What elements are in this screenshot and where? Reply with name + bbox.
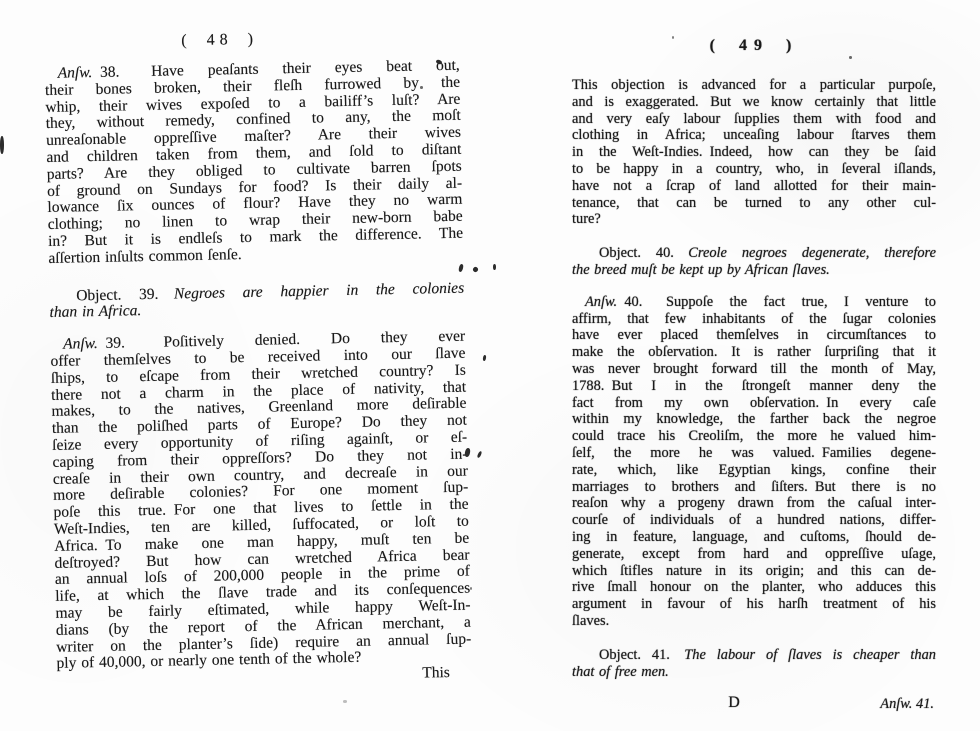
page-number-right: ( 49 ): [572, 38, 936, 58]
text-line: reaſon why a progeny drawn from the caſu…: [572, 495, 936, 512]
text-line: courſe of individuals of a hundred natio…: [572, 512, 936, 529]
text-line: have not a ſcrap of land allotted for th…: [572, 178, 936, 195]
signature-line: DAnſw. 41.: [572, 695, 936, 712]
text-line: ing in feature, language, and cuſtoms, ſ…: [572, 529, 936, 546]
page-48: ( 48 ) Anſw. 38. Have peaſants their eye…: [44, 28, 472, 690]
text-line: which ſtifles nature in its origin; and …: [572, 563, 936, 580]
book-scan: ( 48 ) Anſw. 38. Have peaſants their eye…: [0, 0, 980, 731]
text-line: could trace his Creoliſm, the more he va…: [572, 428, 936, 445]
text-line: ſlaves.: [572, 613, 936, 630]
text-line: Anſw. 40. Suppoſe the fact true, I ventu…: [572, 294, 936, 311]
text-line: 1788. But I in the ſtrongeſt manner deny…: [572, 378, 936, 395]
ink-speck: [672, 36, 674, 39]
page-number-left: ( 48 ): [12, 28, 427, 56]
objection-41: Object. 41. The labour of ſlaves is chea…: [572, 647, 936, 681]
text-line: ſelf, the more he was valued. Families d…: [572, 445, 936, 462]
ink-speck: [464, 448, 471, 458]
text-line: argument in favour of his harſh treatmen…: [572, 596, 936, 613]
text-line: and is exaggerated. But we know certainl…: [572, 94, 936, 111]
ink-speck: [849, 56, 852, 59]
objection-40: Object. 40. Creole negroes degenerate, t…: [572, 245, 936, 279]
text-line: generate, except from hard and oppreſſiv…: [572, 546, 936, 563]
text-line: fact from my own obſervation. In every c…: [572, 395, 936, 412]
ink-speck: [483, 355, 487, 361]
text-line: ture?: [572, 211, 936, 228]
text-line: rate, which, like Egyptian kings, confin…: [572, 462, 936, 479]
ink-speck: [472, 266, 479, 273]
answer-39: Anſw. 39. Poſitively denied. Do they eve…: [50, 329, 472, 673]
text-line: the breed muſt be kept up by African ſla…: [572, 262, 936, 279]
page-blocks: This objection is advanced for a particu…: [572, 77, 936, 712]
text-line: tenance, that can be turned to any other…: [572, 195, 936, 212]
ink-speck: [0, 136, 4, 154]
text-line: have ever placed themſelves in circumſta…: [572, 327, 936, 344]
text-line: Object. 40. Creole negroes degenerate, t…: [572, 245, 936, 262]
ink-speck: [493, 264, 496, 270]
ink-speck: [470, 587, 472, 590]
text-line: within my knowledge, the farther back th…: [572, 411, 936, 428]
answer-41-catchword: Anſw. 41.: [880, 696, 934, 713]
answer-38: Anſw. 38. Have peaſants their eyes beat …: [45, 58, 464, 268]
text-line: make the obſervation. It is rather ſurpr…: [572, 344, 936, 361]
text-line: to be happy in a country, who, in ſevera…: [572, 161, 936, 178]
text-line: affirm, that few inhabitants of the ſuga…: [572, 311, 936, 328]
page-blocks: Anſw. 38. Have peaſants their eyes beat …: [45, 58, 472, 690]
text-line: that of free men.: [572, 664, 936, 681]
signature-mark: D: [572, 695, 896, 712]
text-line: Object. 41. The labour of ſlaves is chea…: [572, 647, 936, 664]
answer-40: Anſw. 40. Suppoſe the fact true, I ventu…: [572, 294, 936, 630]
text-line: in the Weſt-Indies. Indeed, how can they…: [572, 144, 936, 161]
text-line: rive ſmall honour on the planter, who ad…: [572, 579, 936, 596]
ink-speck: [343, 700, 347, 703]
page-49: ( 49 ) This objection is advanced for a …: [572, 38, 936, 712]
text-line: marriages to brothers and ſiſters. But t…: [572, 479, 936, 496]
text-line: and very eaſy labour ſupplies them with …: [572, 111, 936, 128]
text-line: clothing in Africa; unceaſing labour ſta…: [572, 127, 936, 144]
text-line: was never brought forward till the month…: [572, 361, 936, 378]
ink-speck: [477, 451, 483, 459]
objection-39: Object. 39. Negroes are happier in the c…: [49, 280, 465, 322]
ink-speck: [420, 86, 423, 89]
answer-39-continued: This objection is advanced for a particu…: [572, 77, 936, 228]
text-line: This objection is advanced for a particu…: [572, 77, 936, 94]
